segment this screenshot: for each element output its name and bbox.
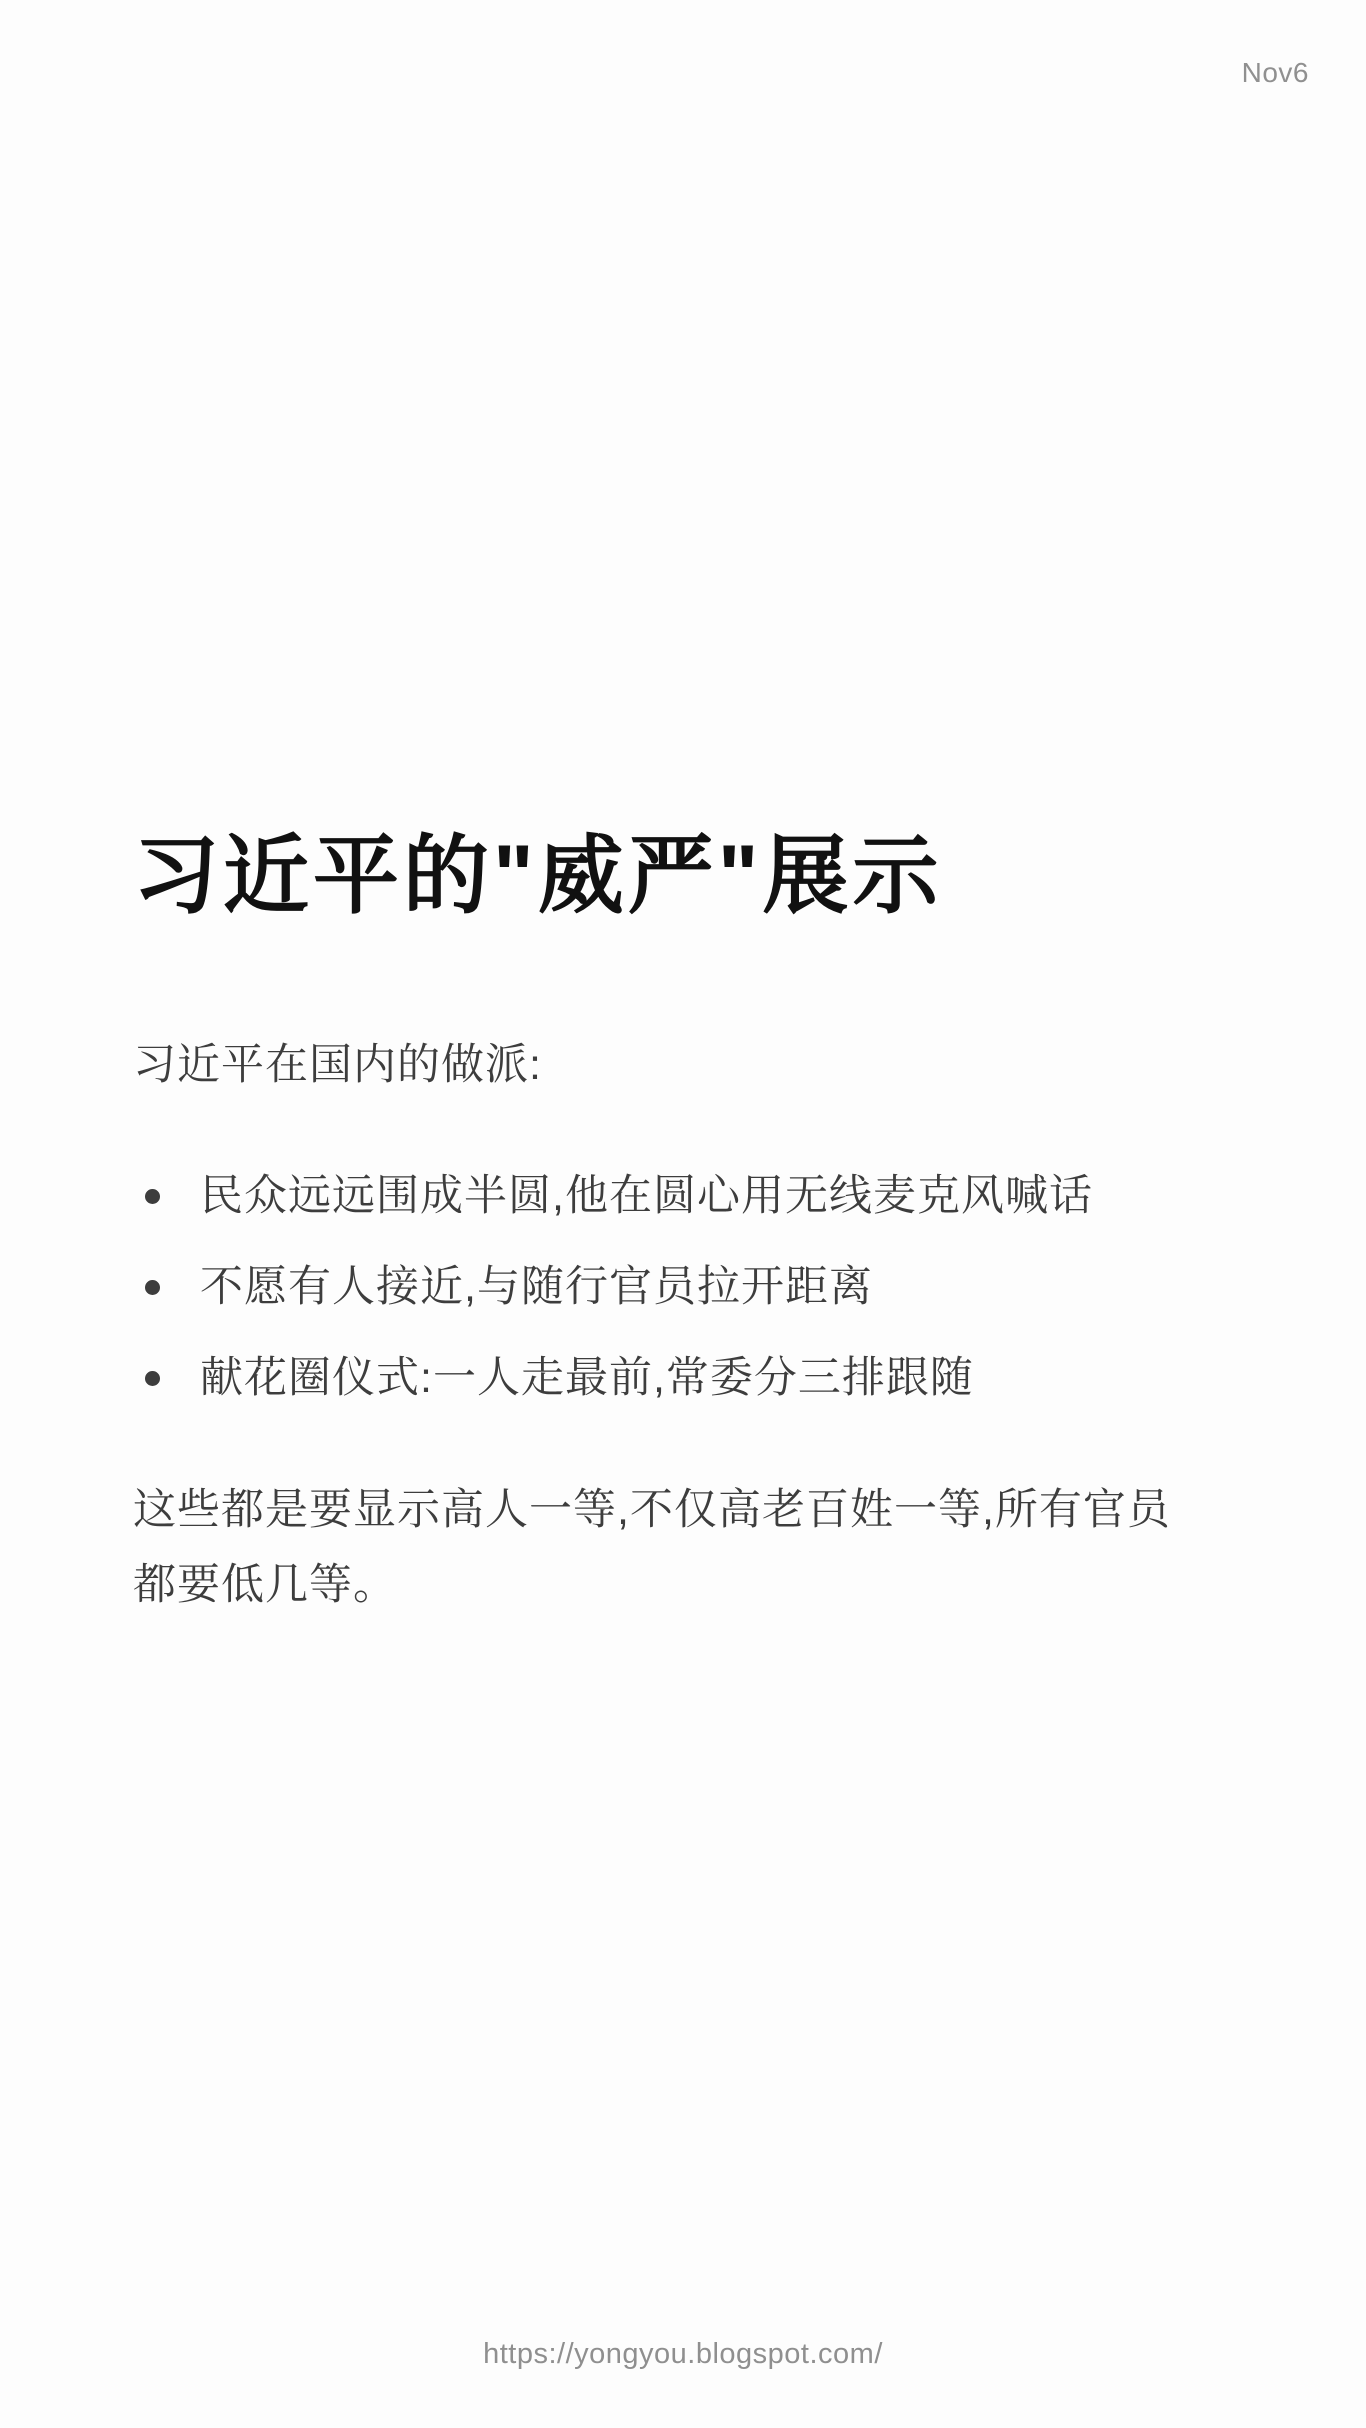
bullet-text: 献花圈仪式:一人走最前,常委分三排跟随 xyxy=(200,1354,974,1402)
footer-url: https://yongyou.blogspot.com/ xyxy=(0,2338,1366,2370)
article: 习近平的"威严"展示 习近平在国内的做派: 民众远远围成半圆,他在圆心用无线麦克… xyxy=(133,826,1258,1623)
closing-line: 这些都是要显示高人一等,不仅高老百姓一等,所有官员 xyxy=(133,1473,1258,1548)
list-item: 献花圈仪式:一人走最前,常委分三排跟随 xyxy=(133,1353,1258,1403)
closing-line: 都要低几等。 xyxy=(133,1548,1258,1623)
page-title: 习近平的"威严"展示 xyxy=(133,826,1258,927)
list-item: 民众远远围成半圆,他在圆心用无线麦克风喊话 xyxy=(133,1171,1258,1221)
bullet-list: 民众远远围成半圆,他在圆心用无线麦克风喊话 不愿有人接近,与随行官员拉开距离 献… xyxy=(133,1171,1258,1403)
bullet-text: 不愿有人接近,与随行官员拉开距离 xyxy=(200,1263,873,1311)
bullet-dot-icon xyxy=(145,1371,160,1386)
bullet-text: 民众远远围成半圆,他在圆心用无线麦克风喊话 xyxy=(200,1172,1093,1220)
bullet-dot-icon xyxy=(145,1189,160,1204)
post-date: Nov6 xyxy=(1242,58,1309,88)
intro-paragraph: 习近平在国内的做派: xyxy=(133,1040,1258,1090)
page: Nov6 习近平的"威严"展示 习近平在国内的做派: 民众远远围成半圆,他在圆心… xyxy=(0,0,1366,2428)
bullet-dot-icon xyxy=(145,1280,160,1295)
closing-paragraph: 这些都是要显示高人一等,不仅高老百姓一等,所有官员 都要低几等。 xyxy=(133,1473,1258,1623)
list-item: 不愿有人接近,与随行官员拉开距离 xyxy=(133,1262,1258,1312)
